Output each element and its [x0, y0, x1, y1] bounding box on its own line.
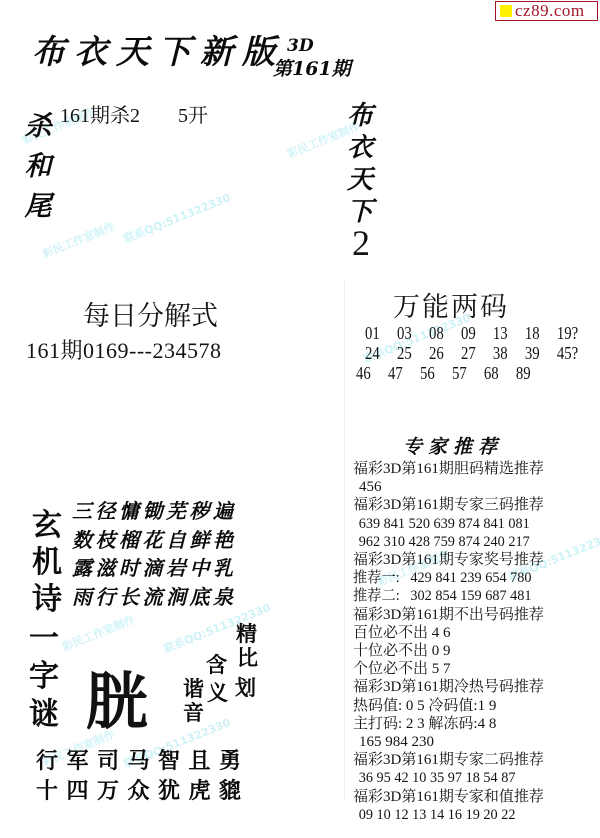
code: 08	[429, 323, 461, 343]
expert-line: 639 841 520 639 874 841 081	[353, 515, 581, 533]
code-row: 01030809131819?	[365, 323, 589, 343]
expert-line: 热码值: 0 5 冷码值:1 9	[353, 697, 593, 715]
expert-line: 福彩3D第161期冷热号码推荐	[353, 678, 593, 696]
expert-line: 主打码: 2 3 解冻码:4 8	[353, 715, 593, 733]
code: 09	[461, 323, 493, 343]
label-char: 衣	[345, 132, 375, 164]
expert-line: 36 95 42 10 35 97 18 54 87	[353, 769, 581, 787]
column-divider	[344, 280, 345, 800]
universal-two-codes-grid: 01030809131819? 24252627383945? 46475657…	[365, 323, 600, 383]
label-char: 玄	[26, 507, 68, 544]
buyi-tianxia-value: 2	[352, 222, 370, 264]
expert-line: 962 310 428 759 874 240 217	[353, 533, 581, 551]
expert-line: 推荐一: 429 841 239 654 780	[353, 569, 581, 587]
code: 01	[365, 323, 397, 343]
code: 56	[420, 363, 452, 383]
universal-two-codes-title: 万能两码	[393, 285, 509, 324]
kill-tail-value: 161期杀2	[60, 105, 140, 127]
code: 26	[429, 343, 461, 363]
poem-line: 雨行长流涧底泉	[72, 583, 237, 612]
daily-decomposition-title: 每日分解式	[83, 294, 218, 333]
label-char: 一	[25, 620, 63, 658]
expert-line: 十位必不出 0 9	[353, 642, 593, 660]
expert-line: 福彩3D第161期专家和值推荐	[353, 788, 593, 806]
code: 57	[452, 363, 484, 383]
poem-line: 三径慵锄芜秽遍	[72, 497, 237, 526]
expert-line: 福彩3D第161期专家奖号推荐	[353, 551, 593, 569]
riddle-hint: 比	[237, 642, 258, 672]
expert-line: 个位必不出 5 7	[353, 660, 593, 678]
riddle-character: 胱	[86, 652, 148, 741]
mystic-poem-label: 玄 机 诗	[26, 507, 68, 618]
poem-line: 露滋时滴岩中乳	[72, 554, 237, 583]
mystic-poem: 三径慵锄芜秽遍 数枝榴花自鲜艳 露滋时滴岩中乳 雨行长流涧底泉	[72, 497, 237, 611]
code: 89	[516, 363, 548, 383]
code: 13	[493, 323, 525, 343]
label-char: 和	[24, 147, 52, 187]
daily-decomposition-line: 161期0169---234578	[26, 334, 221, 365]
yellow-square-icon	[500, 5, 512, 17]
code-row: 464756576889	[356, 363, 587, 383]
watermark: 联系QQ:511322330	[121, 189, 233, 247]
code: 47	[388, 363, 420, 383]
poem-line: 行军司马智且勇	[36, 746, 250, 776]
site-badge[interactable]: cz89.com	[495, 1, 598, 21]
expert-line: 福彩3D第161期不出号码推荐	[353, 606, 593, 624]
code: 68	[484, 363, 516, 383]
buyi-tianxia-label: 布 衣 天 下	[345, 100, 375, 228]
code: 39	[525, 343, 557, 363]
watermark: 彩民工作室制作	[60, 611, 137, 655]
code: 19?	[557, 323, 589, 343]
kill-tail-label: 杀 和 尾	[24, 107, 52, 227]
expert-line: 福彩3D第161期专家二码推荐	[353, 751, 593, 769]
site-badge-text: cz89.com	[515, 1, 585, 21]
expert-line: 福彩3D第161期专家三码推荐	[353, 496, 593, 514]
page-title: 布衣天下新版	[32, 26, 284, 73]
riddle-label: 一 字 谜	[25, 620, 63, 734]
label-char: 天	[345, 164, 375, 196]
expert-line: 福彩3D第161期胆码精选推荐	[353, 460, 593, 478]
code: 45?	[557, 343, 589, 363]
code: 03	[397, 323, 429, 343]
code: 25	[397, 343, 429, 363]
label-char: 谜	[25, 696, 63, 734]
label-char: 布	[345, 100, 375, 132]
expert-title: 专家推荐	[403, 432, 503, 459]
riddle-hint: 音	[183, 697, 204, 727]
expert-line: 09 10 12 13 14 16 19 20 22	[353, 806, 581, 824]
expert-line: 推荐二: 302 854 159 687 481	[353, 587, 581, 605]
code: 38	[493, 343, 525, 363]
riddle-hint: 含	[206, 649, 227, 679]
expert-line: 百位必不出 4 6	[353, 624, 593, 642]
code: 18	[525, 323, 557, 343]
kill-tail-open: 5开	[178, 105, 208, 127]
code: 24	[365, 343, 397, 363]
bottom-poem: 行军司马智且勇 十四万众犹虎貔	[36, 746, 250, 806]
label-char: 诗	[26, 581, 68, 618]
code: 27	[461, 343, 493, 363]
code: 46	[356, 363, 388, 383]
label-char: 杀	[24, 107, 52, 147]
code-row: 24252627383945?	[365, 343, 589, 363]
issue-number: 第161期	[273, 54, 351, 81]
expert-line: 165 984 230	[353, 733, 593, 751]
poem-line: 十四万众犹虎貔	[36, 776, 250, 806]
poem-line: 数枝榴花自鲜艳	[72, 526, 237, 555]
kill-tail-line: 161期杀25开	[60, 99, 208, 128]
riddle-hint: 划	[235, 672, 256, 702]
label-char: 尾	[24, 187, 52, 227]
lottery-type: 3D	[287, 36, 314, 56]
expert-line: 456	[353, 478, 593, 496]
label-char: 字	[25, 658, 63, 696]
label-char: 机	[26, 544, 68, 581]
expert-recommendations: 福彩3D第161期胆码精选推荐 456 福彩3D第161期专家三码推荐 639 …	[353, 460, 593, 824]
riddle-hint: 义	[207, 677, 228, 707]
